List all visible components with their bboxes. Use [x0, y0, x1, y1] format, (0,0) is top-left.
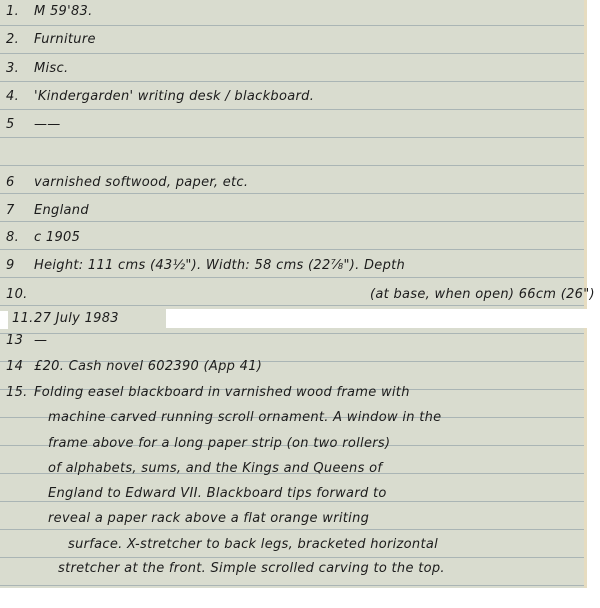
entry-text: Furniture	[34, 32, 96, 47]
entry-5: 5——	[0, 117, 61, 132]
entry-text: England	[34, 203, 89, 218]
entry-15: 15.Folding easel blackboard in varnished…	[0, 385, 410, 400]
entry-number: 7	[0, 203, 34, 218]
entry-text: Height: 111 cms (43½"). Width: 58 cms (2…	[34, 258, 405, 273]
description-line: Folding easel blackboard in varnished wo…	[34, 385, 410, 400]
entry-15-line-6: reveal a paper rack above a flat orange …	[0, 511, 369, 526]
entry-text: ——	[34, 117, 61, 132]
entry-number: 8.	[0, 230, 34, 245]
entry-11: 11.27 July 1983	[0, 311, 119, 326]
entry-number: 15.	[0, 385, 34, 400]
entry-3: 3.Misc.	[0, 61, 68, 76]
entry-number: 11.	[0, 311, 34, 326]
entry-15-line-3: frame above for a long paper strip (on t…	[0, 436, 390, 451]
entry-number: 5	[0, 117, 34, 132]
entry-text: c 1905	[34, 230, 80, 245]
entry-number: 2.	[0, 32, 34, 47]
entry-number: 6	[0, 175, 34, 190]
entry-2: 2.Furniture	[0, 32, 96, 47]
entry-text: 27 July 1983	[34, 311, 119, 326]
entry-text: £20. Cash novel 602390 (App 41)	[34, 359, 262, 374]
entry-number: 3.	[0, 61, 34, 76]
entry-15-line-2: machine carved running scroll ornament. …	[0, 410, 441, 425]
entry-10: 10.(at base, when open) 66cm (26")	[0, 287, 586, 302]
entry-number: 13	[0, 333, 34, 348]
entry-14: 14£20. Cash novel 602390 (App 41)	[0, 359, 262, 374]
entry-text: Misc.	[34, 61, 68, 76]
entry-1: 1.M 59'83.	[0, 4, 93, 19]
entry-text: 'Kindergarden' writing desk / blackboard…	[34, 89, 314, 104]
entry-15-line-4: of alphabets, sums, and the Kings and Qu…	[0, 461, 382, 476]
entry-9: 9Height: 111 cms (43½"). Width: 58 cms (…	[0, 258, 405, 273]
entry-15-line-8: stretcher at the front. Simple scrolled …	[0, 561, 445, 576]
entry-number: 1.	[0, 4, 34, 19]
entry-text: varnished softwood, paper, etc.	[34, 175, 248, 190]
entry-number: 14	[0, 359, 34, 374]
entry-6: 6varnished softwood, paper, etc.	[0, 175, 248, 190]
entry-15-line-5: England to Edward VII. Blackboard tips f…	[0, 486, 387, 501]
entry-text: —	[34, 333, 47, 348]
entry-13: 13—	[0, 333, 47, 348]
entry-4: 4.'Kindergarden' writing desk / blackboa…	[0, 89, 314, 104]
entry-15-line-7: surface. X-stretcher to back legs, brack…	[0, 537, 438, 552]
entry-number: 10.	[0, 287, 34, 302]
entry-10-depth: (at base, when open) 66cm (26")	[370, 287, 595, 302]
entry-7: 7England	[0, 203, 89, 218]
entry-number: 4.	[0, 89, 34, 104]
entry-8: 8.c 1905	[0, 230, 80, 245]
entry-number: 9	[0, 258, 34, 273]
redaction-block-right	[166, 309, 600, 328]
entry-text: M 59'83.	[34, 4, 93, 19]
